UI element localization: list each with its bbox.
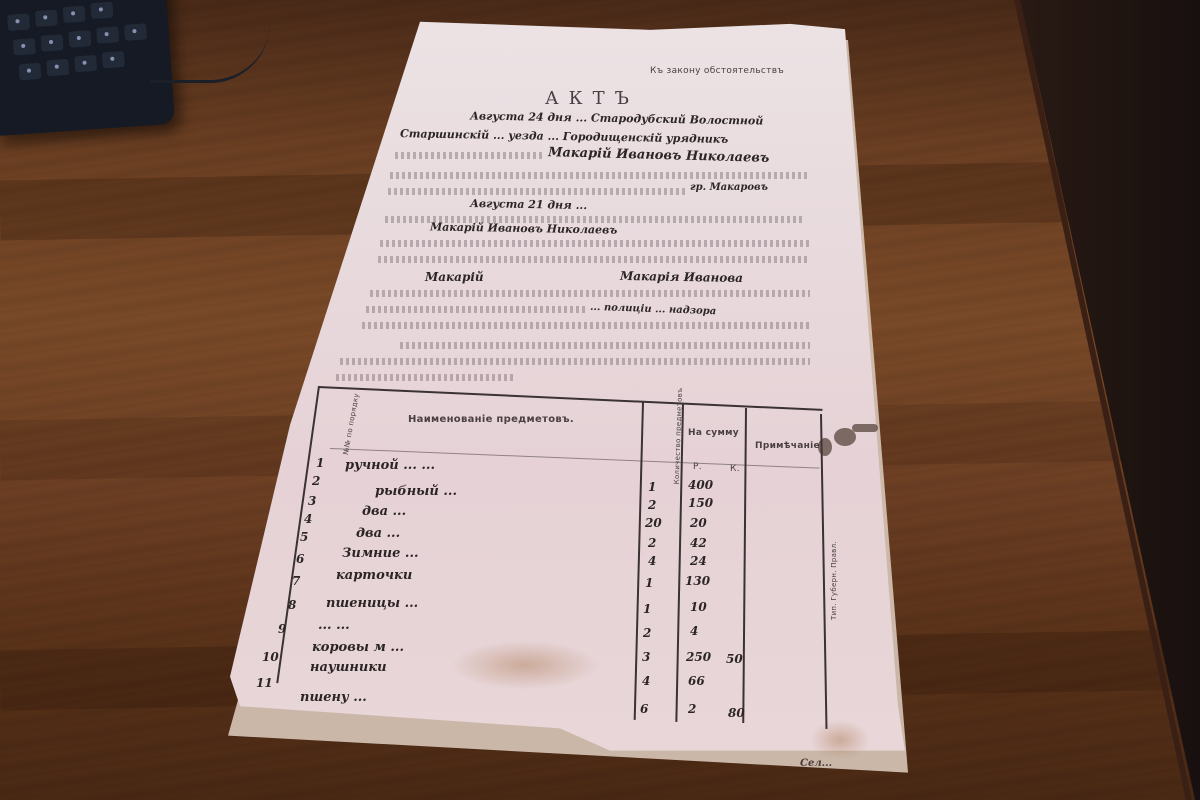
printed-line <box>366 306 586 313</box>
printed-line <box>400 342 810 349</box>
row-qty: 1 <box>643 602 651 616</box>
row-number: 4 <box>304 512 312 526</box>
row-kop: 50 <box>726 652 743 666</box>
row-number: 8 <box>288 598 296 612</box>
row-qty: 4 <box>642 674 650 688</box>
row-rub: 42 <box>690 536 707 550</box>
row-qty: 2 <box>643 626 651 640</box>
printed-line <box>336 374 516 381</box>
col-header-kop: К. <box>730 464 740 474</box>
row-qty: 2 <box>648 536 656 550</box>
keyboard <box>0 0 175 136</box>
row-rub: 66 <box>688 674 705 688</box>
row-qty: 1 <box>648 480 656 494</box>
col-header-items: Наименованіе предметовъ. <box>408 414 574 425</box>
row-item: Зимние ... <box>342 546 419 561</box>
header-note: Къ закону обстоятельствъ <box>650 66 784 76</box>
printer-mark: Тип. Губерн. Правл. <box>830 541 838 620</box>
signature-left: Макарій <box>425 270 484 284</box>
row-qty: 4 <box>648 554 656 568</box>
row-number: 3 <box>308 494 316 508</box>
row-qty: 1 <box>645 576 653 590</box>
row-rub: 2 <box>688 702 696 716</box>
row-number: 10 <box>262 650 279 664</box>
row-rub: 150 <box>688 496 713 510</box>
row-rub: 24 <box>690 554 707 568</box>
row-number: 1 <box>316 456 324 470</box>
bottom-scrawl: Сел... <box>800 758 832 769</box>
row-rub: 130 <box>685 574 710 588</box>
handwritten-line: Августа 21 дня ... <box>470 197 587 212</box>
row-rub: 400 <box>688 478 713 492</box>
keyboard-cable <box>150 0 270 83</box>
row-number: 6 <box>296 552 304 566</box>
water-stain <box>450 640 600 690</box>
handwritten-line: гр. Макаровъ <box>690 182 768 193</box>
row-item: ... ... <box>318 618 350 633</box>
row-item: карточки <box>336 568 412 583</box>
col-header-rub: Р. <box>693 462 702 472</box>
row-item: ручной ... ... <box>345 458 435 473</box>
col-header-sum: На сумму <box>688 428 739 438</box>
printed-line <box>380 240 810 247</box>
row-rub: 20 <box>690 516 707 530</box>
row-item: пшену ... <box>300 690 367 705</box>
row-rub: 10 <box>690 600 707 614</box>
row-item: коровы м ... <box>312 640 404 655</box>
printed-line <box>390 172 810 179</box>
row-item: два ... <box>362 504 406 519</box>
col-header-notes: Примѣчаніе. <box>755 441 824 451</box>
row-qty: 2 <box>648 498 656 512</box>
row-number: 2 <box>312 474 320 488</box>
row-number: 7 <box>292 574 300 588</box>
ink-blot <box>852 424 878 432</box>
row-qty: 6 <box>640 702 648 716</box>
printed-line <box>362 322 812 329</box>
printed-line <box>340 358 810 365</box>
row-rub: 4 <box>690 624 698 638</box>
row-qty: 3 <box>642 650 650 664</box>
row-item: пшеницы ... <box>326 596 418 611</box>
row-rub: 250 <box>686 650 711 664</box>
row-number: 9 <box>278 622 286 636</box>
printed-line <box>388 188 688 195</box>
row-number: 5 <box>300 530 308 544</box>
row-item: два ... <box>356 526 400 541</box>
printed-line <box>395 152 545 159</box>
row-kop: 80 <box>728 706 745 720</box>
row-item: рыбный ... <box>375 484 457 499</box>
printed-line <box>370 290 810 297</box>
row-qty: 20 <box>645 516 662 530</box>
signature-right: Макарія Иванова <box>620 269 743 285</box>
row-number: 11 <box>256 676 273 690</box>
printed-line <box>378 256 810 263</box>
water-stain <box>810 720 870 760</box>
document-title: АКТЪ <box>545 88 639 109</box>
row-item: наушники <box>310 660 387 675</box>
